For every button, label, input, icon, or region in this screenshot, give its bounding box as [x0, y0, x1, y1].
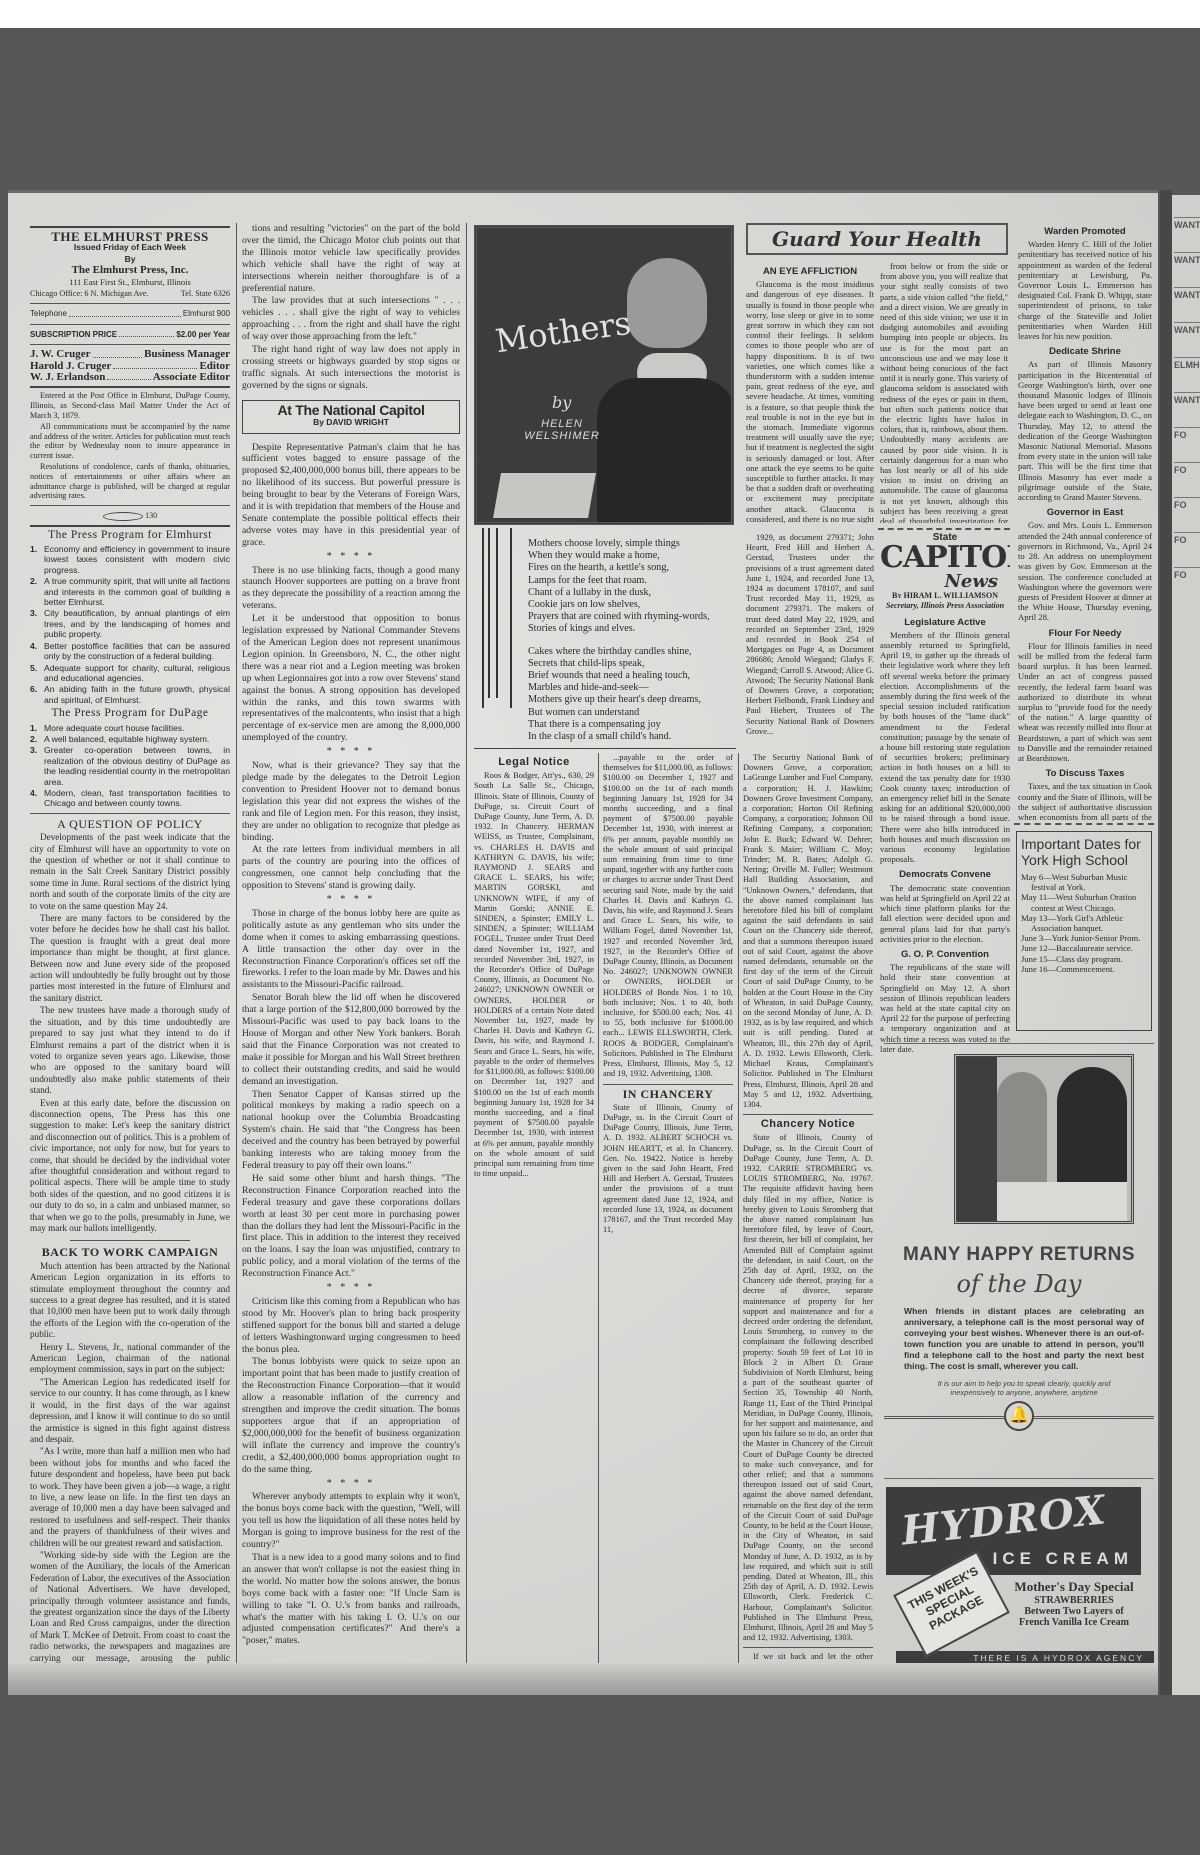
legal-rule [474, 748, 736, 749]
section-text: Members of the Illinois general assembly… [880, 630, 1010, 865]
article-paragraph: Those in charge of the bonus lobby here … [242, 908, 460, 991]
poem-line: That there is a compensating joy [528, 719, 738, 731]
mother-portrait-head [627, 258, 707, 348]
telephone-ad: MANY HAPPY RETURNS of the Day When frien… [884, 1043, 1154, 1473]
mothers-day-special: Mother's Day Special [1004, 1579, 1144, 1595]
legal-notice-column-2: ...payable to the order of themselves fo… [603, 753, 733, 1695]
program-item: 2.A true community spirit, that will uni… [30, 576, 230, 607]
subscription-label: SUBSCRIPTION PRICE [30, 329, 117, 340]
ad-illustration-frame [954, 1054, 1134, 1224]
item-number: 5. [30, 663, 44, 684]
press-emblem: 130 [30, 510, 230, 521]
date-item: June 15—Class day program. [1021, 954, 1147, 964]
article-paragraph: The law provides that at such intersecti… [242, 295, 460, 343]
section-heading: Dedicate Shrine [1018, 347, 1152, 357]
item-number: 4. [30, 788, 44, 809]
poem-stanza: Mothers choose lovely, simple thingsWhen… [528, 538, 738, 636]
page-bottom-shadow [8, 1663, 1158, 1695]
page-gutter [1160, 190, 1172, 1695]
york-dates-box: Important Dates for York High School May… [1016, 831, 1152, 1031]
column-rule [236, 223, 237, 1683]
article-paragraph: Let it be understood that opposition to … [242, 613, 460, 744]
mothers-poem: Mothers choose lovely, simple thingsWhen… [478, 538, 738, 743]
date-item: June 16—Commencement. [1021, 964, 1147, 974]
mothers-author: HELEN WELSHIMER [507, 418, 617, 442]
poem-line: Brief wounds that need a healing touch, [528, 670, 738, 682]
subscription-value: $2.00 per Year [176, 329, 230, 340]
item-text: A true community spirit, that will unite… [44, 576, 230, 607]
item-number: 1. [30, 544, 44, 575]
column-editorial: THE ELMHURST PRESS Issued Friday of Each… [30, 223, 230, 1695]
article-paragraph: Henry L. Stevens, Jr., national commande… [30, 1342, 230, 1376]
section-separator: * * * * [242, 1282, 460, 1294]
staff-list: J. W. CrugerBusiness ManagerHarold J. Cr… [30, 349, 230, 383]
column-rule [466, 223, 467, 1683]
telephone-value: Elmhurst 900 [183, 308, 230, 319]
column-rule [738, 753, 739, 1695]
chancery-notice-title: Chancery Notice [743, 1119, 873, 1129]
chicago-office: Chicago Office: 6 N. Michigan Ave. [30, 288, 149, 299]
masthead-title: THE ELMHURST PRESS [30, 231, 230, 242]
article-paragraph: Despite Representative Patman's claim th… [242, 442, 460, 549]
poem-line: Stories of kings and elves. [528, 623, 738, 635]
adjacent-page-text: WANT [1174, 252, 1200, 265]
adjacent-page-fragment: WANTWANTWANTWANTELMHWANTFOFOFOFOFO [1172, 195, 1200, 1695]
poem-line: Marbles and hide-and-seek— [528, 682, 738, 694]
poem-line: Prayers that are coined with rhyming-wor… [528, 611, 738, 623]
poem-line: Secrets that child-lips speak, [528, 658, 738, 670]
article-paragraph: The right hand right of way law does not… [242, 344, 460, 392]
adjacent-page-text: WANT [1174, 217, 1200, 230]
poem-stanza: Cakes where the birthday candles shine,S… [528, 646, 738, 744]
article-paragraph: There is no use blinking facts, though a… [242, 565, 460, 613]
program-item: 4.Better postoffice facilities that can … [30, 641, 230, 662]
guard-health-text: Glaucoma is the most insidious and dange… [746, 279, 874, 523]
wavy-rule [878, 528, 1010, 530]
item-number: 6. [30, 684, 44, 705]
staff-row: J. W. CrugerBusiness Manager [30, 349, 230, 360]
hydrox-brand: HYDROX [899, 1486, 1108, 1554]
right-news-column: Warden PromotedWarden Henry C. Hill of t… [1018, 221, 1152, 821]
adjacent-page-text: FO [1174, 567, 1200, 580]
back-to-work-headline: BACK TO WORK CAMPAIGN [30, 1247, 230, 1258]
article-paragraph: There are many factors to be considered … [30, 913, 230, 1004]
capitol-news-left: 1929, as document 279371; John Heartt, F… [746, 533, 874, 755]
notice-paragraph: Resolutions of condolence, cards of than… [30, 462, 230, 501]
adjacent-page-text: WANT [1174, 322, 1200, 335]
poem-line: Chant of a lullaby in the dusk, [528, 587, 738, 599]
article-paragraph: He said some other blunt and harsh thing… [242, 1173, 460, 1280]
staff-name: J. W. Cruger [30, 349, 91, 360]
item-text: Economy and efficiency in government to … [44, 544, 230, 575]
program-item: 3.Greater co-operation between towns, in… [30, 745, 230, 787]
masthead-publisher: The Elmhurst Press, Inc. [30, 265, 230, 276]
mother-dress [597, 378, 734, 525]
guard-health-column-2: from below or from the side or from abov… [880, 261, 1008, 523]
poem-line: Fires on the hearth, a kettle's song, [528, 562, 738, 574]
national-capitol-body: Despite Representative Patman's claim th… [242, 442, 460, 1648]
question-policy-body: Developments of the past week indicate t… [30, 832, 230, 1234]
section-text: Warden Henry C. Hill of the Joliet penit… [1018, 239, 1152, 341]
program-item: 5.Adequate support for charity, cultural… [30, 663, 230, 684]
adjacent-page-text: WANT [1174, 287, 1200, 300]
staff-row: W. J. ErlandsonAssociate Editor [30, 372, 230, 383]
article-paragraph: The bonus lobbyists were quick to seize … [242, 1356, 460, 1475]
back-to-work-body: Much attention has been attracted by the… [30, 1261, 230, 1695]
poem-line: When they would make a home, [528, 550, 738, 562]
adjacent-page-text: FO [1174, 462, 1200, 475]
column-national: tions and resulting "victories" on the p… [242, 223, 460, 1648]
article-paragraph: Much attention has been attracted by the… [30, 1261, 230, 1341]
section-separator: * * * * [242, 1478, 460, 1490]
adjacent-page-text: WANT [1174, 392, 1200, 405]
section-text: Gov. and Mrs. Louis L. Emmerson attended… [1018, 520, 1152, 622]
item-text: Better postoffice facilities that can be… [44, 641, 230, 662]
item-text: A well balanced, equitable highway syste… [44, 734, 209, 744]
open-book [493, 473, 596, 518]
program-dupage-title: The Press Program for DuPage [30, 708, 230, 719]
section-heading: G. O. P. Convention [880, 950, 1010, 960]
bell-ad-headline: MANY HAPPY RETURNS [884, 1244, 1154, 1266]
item-number: 1. [30, 723, 44, 733]
section-text: Flour for Illinois families in need will… [1018, 641, 1152, 763]
hydrox-banner: HYDROX ICE CREAM [886, 1487, 1141, 1575]
program-elmhurst-title: The Press Program for Elmhurst [30, 530, 230, 541]
hydrox-desc: French Vanilla Ice Cream [1004, 1617, 1144, 1628]
emblem-number: 130 [145, 511, 157, 520]
section-separator: * * * * [242, 894, 460, 906]
adjacent-page-text: FO [1174, 427, 1200, 440]
program-item: 2.A well balanced, equitable highway sys… [30, 734, 230, 744]
guard-health-subtitle: AN EYE AFFLICTION [746, 267, 874, 277]
item-text: Greater co-operation between towns, in r… [44, 745, 230, 787]
hydrox-flavor: STRAWBERRIES [1004, 1595, 1144, 1606]
date-item: May 13—York Girl's Athletic Association … [1021, 913, 1147, 933]
capitol-news-title: CAPITOL [880, 543, 1010, 573]
section-text: The republicans of the state will hold t… [880, 962, 1010, 1054]
capitol-news-subtitle: News [880, 573, 998, 591]
date-item: May 11—West Suburban Oration contest at … [1021, 892, 1147, 912]
emblem-icon [103, 512, 143, 521]
poem-line: Cakes where the birthday candles shine, [528, 646, 738, 658]
section-text: Taxes, and the tax situation in Cook cou… [1018, 781, 1152, 821]
section-heading: Governor in East [1018, 508, 1152, 518]
article-paragraph: The new trustees have made a thorough st… [30, 1005, 230, 1096]
date-item: May 6—West Suburban Music festival at Yo… [1021, 872, 1147, 892]
notice-paragraph: All communications must be accompanied b… [30, 422, 230, 461]
national-capitol-title: At The National Capitol [247, 405, 455, 417]
guard-health-title: Guard Your Health [772, 227, 982, 251]
mothers-by: by [552, 393, 571, 412]
york-dates-list: May 6—West Suburban Music festival at Yo… [1021, 872, 1147, 974]
bell-ad-tagline: It is our aim to help you to speak clear… [934, 1379, 1114, 1397]
poem-line: Mothers choose lovely, simple things [528, 538, 738, 550]
masthead-address: 111 East First St., Elmhurst, Illinois [30, 277, 230, 288]
national-capitol-header: At The National Capitol By DAVID WRIGHT [242, 400, 460, 434]
section-heading: Legislature Active [880, 618, 1010, 628]
section-text: The democratic state convention was held… [880, 883, 1010, 944]
bell-ad-script: of the Day [884, 1270, 1154, 1298]
item-number: 3. [30, 745, 44, 787]
masthead-issued: Issued Friday of Each Week [30, 242, 230, 253]
right-news-sections: Warden PromotedWarden Henry C. Hill of t… [1018, 227, 1152, 821]
hydrox-desc: Between Two Layers of [1004, 1606, 1144, 1617]
poem-line: In the clasp of a small child's hand. [528, 731, 738, 743]
capitol-news-role: Secretary, Illinois Press Association [880, 601, 1010, 611]
section-heading: Flour For Needy [1018, 629, 1152, 639]
legal-notice-text: The Security National Bank of Downers Gr… [743, 753, 873, 1110]
bell-ad-body: When friends in distant places are celeb… [904, 1306, 1144, 1372]
item-text: City beautification, by annual plantings… [44, 608, 230, 639]
dot-leader [107, 372, 150, 380]
capitol-news-sections: Legislature ActiveMembers of the Illinoi… [880, 618, 1010, 1054]
woman-figure [997, 1072, 1047, 1192]
article-paragraph: "As I write, more than half a million me… [30, 1446, 230, 1549]
hydrox-ad: HYDROX ICE CREAM THIS WEEK'S SPECIAL PAC… [884, 1478, 1154, 1693]
legal-notice-column-3: The Security National Bank of Downers Gr… [743, 753, 873, 1695]
guard-health-text: from below or from the side or from abov… [880, 261, 1008, 523]
dot-leader [93, 349, 143, 357]
mothers-title: Mothers [493, 304, 633, 361]
poem-line: Cookie jars on low shelves, [528, 599, 738, 611]
column-rule [598, 753, 599, 1695]
mothers-illustration: Mothers by HELEN WELSHIMER [474, 225, 734, 525]
right-of-way-continued: tions and resulting "victories" on the p… [242, 223, 460, 392]
legal-notice-title: Legal Notice [474, 757, 594, 767]
wavy-rule [1014, 823, 1154, 825]
program-item: 1.Economy and efficiency in government t… [30, 544, 230, 575]
section-separator: * * * * [242, 551, 460, 563]
in-chancery-title: IN CHANCERY [603, 1089, 733, 1099]
staff-role: Associate Editor [153, 372, 230, 383]
section-text: As part of Illinois Masonry participatio… [1018, 359, 1152, 502]
poem-line: Lamps for the feet that roam. [528, 575, 738, 587]
section-separator: * * * * [242, 746, 460, 758]
hydrox-product: ICE CREAM [993, 1549, 1133, 1569]
curtain [957, 1057, 997, 1224]
section-heading: Democrats Convene [880, 870, 1010, 880]
program-elmhurst-list: 1.Economy and efficiency in government t… [30, 544, 230, 705]
item-number: 3. [30, 608, 44, 639]
legal-notice-column-1: Legal Notice Roos & Bodger, Att'ys., 630… [474, 753, 594, 1695]
article-paragraph: Then Senator Capper of Kansas stirred up… [242, 1089, 460, 1172]
masthead-notice: Entered at the Post Office in Elmhurst, … [30, 391, 230, 501]
adjacent-page-text: FO [1174, 532, 1200, 545]
program-item: 6.An abiding faith in the future growth,… [30, 684, 230, 705]
national-capitol-byline: By DAVID WRIGHT [247, 417, 455, 429]
hydrox-special-text: Mother's Day Special STRAWBERRIES Betwee… [1004, 1579, 1144, 1628]
section-heading: To Discuss Taxes [1018, 769, 1152, 779]
newspaper-page: THE ELMHURST PRESS Issued Friday of Each… [8, 190, 1158, 1695]
staff-name: W. J. Erlandson [30, 372, 105, 383]
article-paragraph: tions and resulting "victories" on the p… [242, 223, 460, 294]
article-paragraph: Senator Borah blew the lid off when he d… [242, 992, 460, 1087]
item-number: 4. [30, 641, 44, 662]
section-heading: Warden Promoted [1018, 227, 1152, 237]
article-paragraph: Criticism like this coming from a Republ… [242, 1296, 460, 1356]
staff-role: Business Manager [144, 349, 230, 360]
article-paragraph: Developments of the past week indicate t… [30, 832, 230, 912]
york-dates-title: Important Dates for York High School [1021, 836, 1147, 868]
article-paragraph: Wherever anybody attempts to explain why… [242, 1491, 460, 1551]
capitol-news-byline: By HIRAM L. WILLIAMSON [880, 591, 1010, 601]
article-paragraph: "The American Legion has rededicated its… [30, 1377, 230, 1445]
article-paragraph: At the rate letters from individual memb… [242, 844, 460, 892]
notice-paragraph: Entered at the Post Office in Elmhurst, … [30, 391, 230, 420]
program-item: 1.More adequate court house facilities. [30, 723, 230, 733]
table-cloth [997, 1182, 1127, 1224]
program-item: 4.Modern, clean, fast transportation fac… [30, 788, 230, 809]
item-text: More adequate court house facilities. [44, 723, 184, 733]
dot-leader [113, 361, 197, 369]
date-item: June 12—Baccalaureate service. [1021, 943, 1147, 953]
legal-notice-text: ...payable to the order of themselves fo… [603, 753, 733, 1080]
item-text: Adequate support for charity, cultural, … [44, 663, 230, 684]
bell-logo-icon: 🔔 [1004, 1401, 1034, 1431]
item-number: 2. [30, 576, 44, 607]
adjacent-page-text: ELMH [1174, 357, 1200, 370]
item-text: Modern, clean, fast transportation facil… [44, 788, 230, 809]
legal-notice-text: Roos & Bodger, Att'ys., 630, 29 South La… [474, 771, 594, 1179]
guard-health-banner: Guard Your Health [746, 223, 1008, 255]
chancery-notice-text: State of Illinois, County of DuPage, ss.… [743, 1133, 873, 1643]
date-item: June 3—York Junior-Senior Prom. [1021, 933, 1147, 943]
divider [743, 1647, 873, 1648]
program-item: 3.City beautification, by annual plantin… [30, 608, 230, 639]
telephone-label: Telephone [30, 308, 67, 319]
tel-state: Tel. State 6326 [181, 288, 230, 299]
poem-line: Mothers give up their heart's deep dream… [528, 694, 738, 706]
article-paragraph: Even at this early date, before the disc… [30, 1098, 230, 1235]
article-paragraph: That is a new idea to a good many solons… [242, 1552, 460, 1647]
adjacent-page-text: FO [1174, 497, 1200, 510]
article-paragraph: Now, what is their grievance? They say t… [242, 760, 460, 843]
poem-line: But women can understand [528, 707, 738, 719]
guard-health-column-1: AN EYE AFFLICTION Glaucoma is the most i… [746, 261, 874, 523]
question-policy-headline: A QUESTION OF POLICY [30, 819, 230, 830]
legal-continued-text: 1929, as document 279371; John Heartt, F… [746, 533, 874, 737]
item-number: 2. [30, 734, 44, 744]
program-dupage-list: 1.More adequate court house facilities.2… [30, 723, 230, 809]
item-text: An abiding faith in the future growth, p… [44, 684, 230, 705]
in-chancery-text: State of Illinois, County of DuPage, ss.… [603, 1103, 733, 1236]
